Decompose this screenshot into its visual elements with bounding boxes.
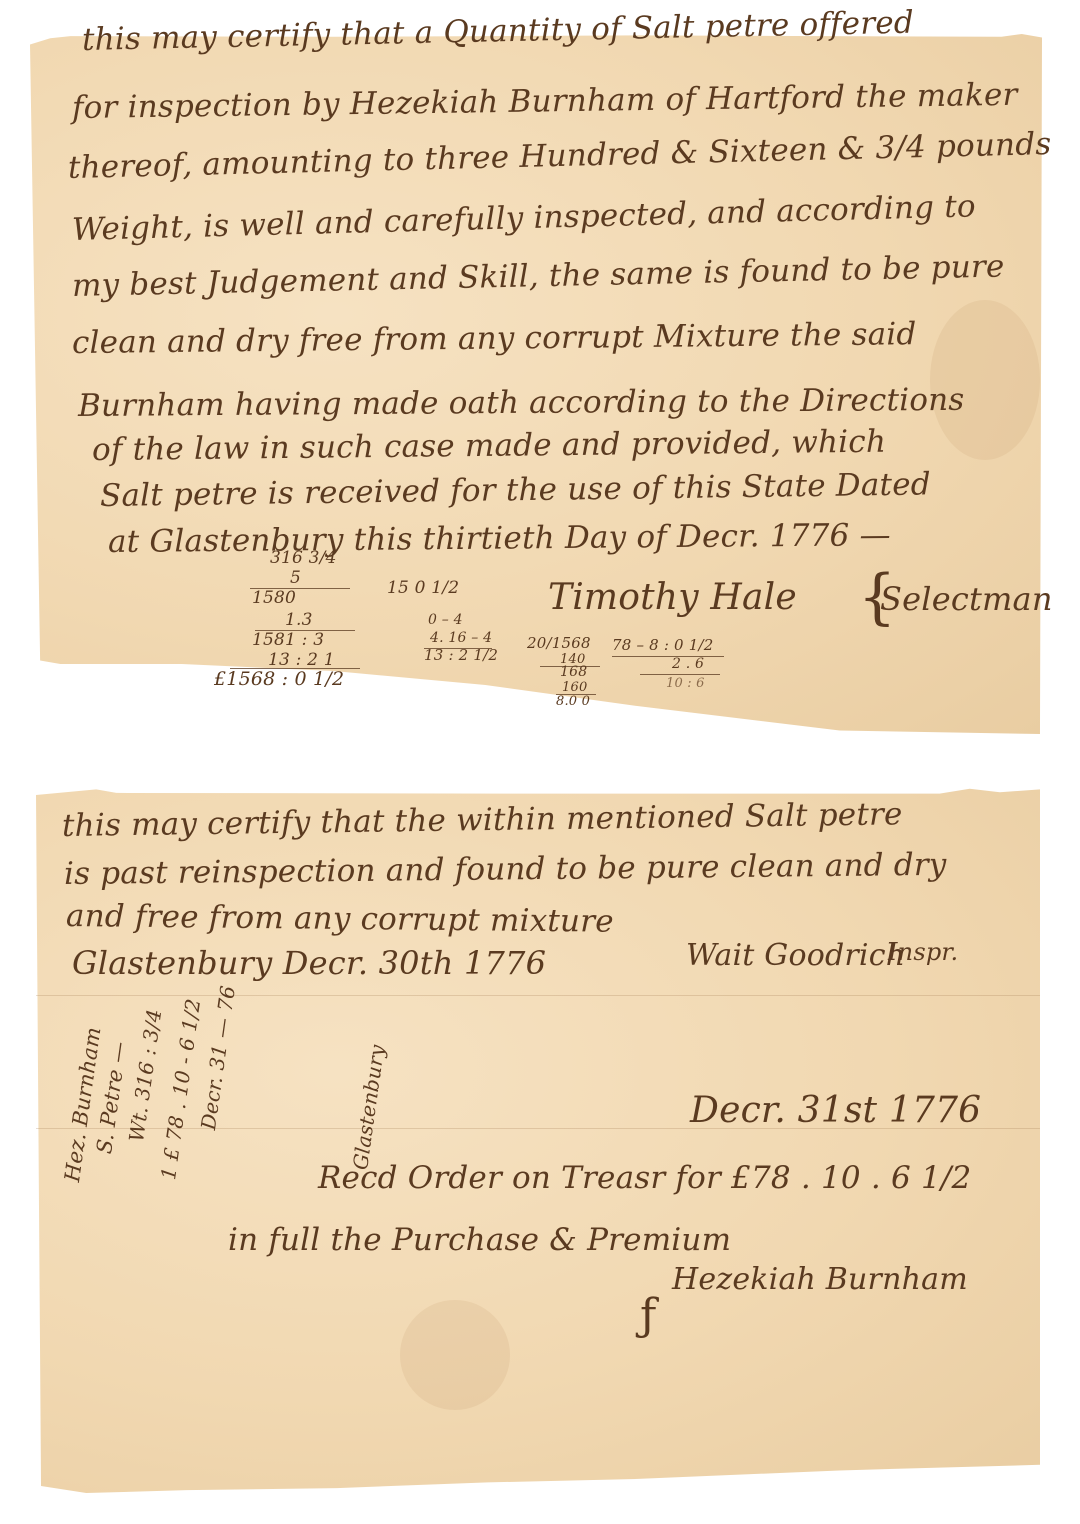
- receipt-line-1: Recd Order on Treasr for £78 . 10 . 6 1/…: [318, 1160, 971, 1196]
- receipt-date: Decr. 31st 1776: [690, 1090, 981, 1131]
- paper-stain: [930, 300, 1040, 460]
- doc2-inspector-title: Inspr.: [888, 938, 958, 966]
- doc2-inspector-signature: Wait Goodrich: [686, 938, 905, 973]
- doc2-line-3: and free from any corrupt mixture: [66, 898, 614, 940]
- doc1-line-10: at Glastenbury this thirtieth Day of Dec…: [108, 517, 891, 560]
- doc1-line-7: Burnham having made oath according to th…: [78, 382, 965, 424]
- doc1-signature-title: Selectman: [880, 580, 1053, 618]
- certificate-page-2: [36, 788, 1040, 1493]
- receipt-line-2: in full the Purchase & Premium: [228, 1222, 731, 1258]
- receipt-signature: Hezekiah Burnham: [672, 1262, 968, 1297]
- doc1-signature: Timothy Hale: [548, 577, 797, 618]
- fold-line: [36, 995, 1040, 996]
- signature-flourish-icon: ƒ: [640, 1290, 657, 1341]
- doc2-place-date: Glastenbury Decr. 30th 1776: [72, 944, 546, 982]
- paper-stain: [400, 1300, 510, 1410]
